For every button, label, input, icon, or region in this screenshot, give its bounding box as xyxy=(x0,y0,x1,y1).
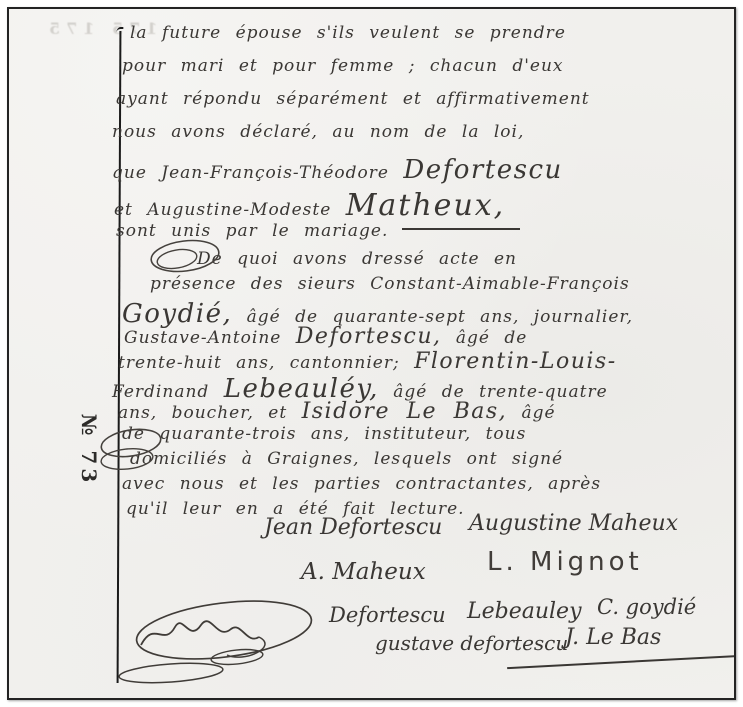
line-text: De quoi avons dressé acte en xyxy=(197,249,517,269)
record-line: nous avons déclaré, au nom de la loi, xyxy=(112,122,736,155)
record-page: 175 175 № 73 la future épouse s'ils veul… xyxy=(7,7,736,700)
line-text: âgé de xyxy=(441,328,527,348)
line-text: la future épouse s'ils veulent se prendr… xyxy=(130,23,566,43)
line-text: nous avons déclaré, au nom de la loi, xyxy=(112,122,524,142)
witness-forenames: Florentin-Louis- xyxy=(414,349,617,374)
bride-surname: Matheux, xyxy=(346,188,506,223)
record-line: pour mari et pour femme ; chacun d'eux xyxy=(122,56,736,89)
signature-maheux: A. Maheux xyxy=(301,559,426,585)
line-text: ans, boucher, et xyxy=(118,403,302,423)
line-text: pour mari et pour femme ; chacun d'eux xyxy=(122,56,563,76)
capital-flourish xyxy=(147,233,231,279)
record-line: la future épouse s'ils veulent se prendr… xyxy=(130,23,736,56)
groom-surname: Defortescu xyxy=(403,155,562,185)
line-text: de quarante-trois ans, instituteur, tous xyxy=(122,424,526,444)
signature-bride: Augustine Maheux xyxy=(469,511,678,536)
document-scan: 175 175 № 73 la future épouse s'ils veul… xyxy=(0,0,743,707)
signature-lebas: J. Le Bas xyxy=(565,625,661,650)
line-text: que Jean-François-Théodore xyxy=(112,163,403,183)
record-line: ayant répondu séparément et affirmativem… xyxy=(116,89,736,122)
record-line: De quoi avons dressé acte en xyxy=(197,249,736,274)
record-line: et Augustine-Modeste Matheux, xyxy=(114,188,736,221)
line-text: ayant répondu séparément et affirmativem… xyxy=(116,89,590,109)
signature-lebeauley: Lebeauley xyxy=(467,599,582,624)
signature-underline xyxy=(507,655,736,669)
record-line: présence des sieurs Constant-Aimable-Fra… xyxy=(150,274,736,299)
signature-gustave-defortescu: gustave defortescu xyxy=(375,631,568,655)
paraph-flourish xyxy=(109,585,329,695)
record-line: avec nous et les parties contractantes, … xyxy=(122,474,736,499)
record-line: ans, boucher, et Isidore Le Bas, âgé xyxy=(118,399,736,424)
record-line: domiciliés à Graignes, lesquels ont sign… xyxy=(130,449,736,474)
record-line: Gustave-Antoine Defortescu, âgé de xyxy=(124,324,736,349)
line-text: domiciliés à Graignes, lesquels ont sign… xyxy=(130,449,563,469)
record-line: de quarante-trois ans, instituteur, tous xyxy=(122,424,736,449)
capital-flourish xyxy=(97,423,171,475)
signature-defortescu: Defortescu xyxy=(329,603,446,627)
record-line: Ferdinand Lebeauléy, âgé de trente-quatr… xyxy=(112,374,736,399)
line-text: âgé xyxy=(507,403,555,423)
line-text: trente-huit ans, cantonnier; xyxy=(118,353,414,373)
line-text: Gustave-Antoine xyxy=(124,328,296,348)
filler-dash-rule xyxy=(402,228,520,230)
signature-mignot: L. Mignot xyxy=(487,547,643,577)
signature-groom: Jean Defortescu xyxy=(264,515,442,540)
witness-surname: Defortescu, xyxy=(296,324,442,349)
act-number: № 73 xyxy=(15,407,71,493)
line-text: et Augustine-Modeste xyxy=(114,200,346,220)
signature-goydie: C. goydié xyxy=(597,595,696,619)
record-line: que Jean-François-Théodore Defortescu xyxy=(112,155,736,188)
witness-surname: Isidore Le Bas, xyxy=(302,399,508,424)
line-text: avec nous et les parties contractantes, … xyxy=(122,474,601,494)
record-line: Goydié, âgé de quarante-sept ans, journa… xyxy=(122,299,736,324)
record-line: trente-huit ans, cantonnier; Florentin-L… xyxy=(118,349,736,374)
